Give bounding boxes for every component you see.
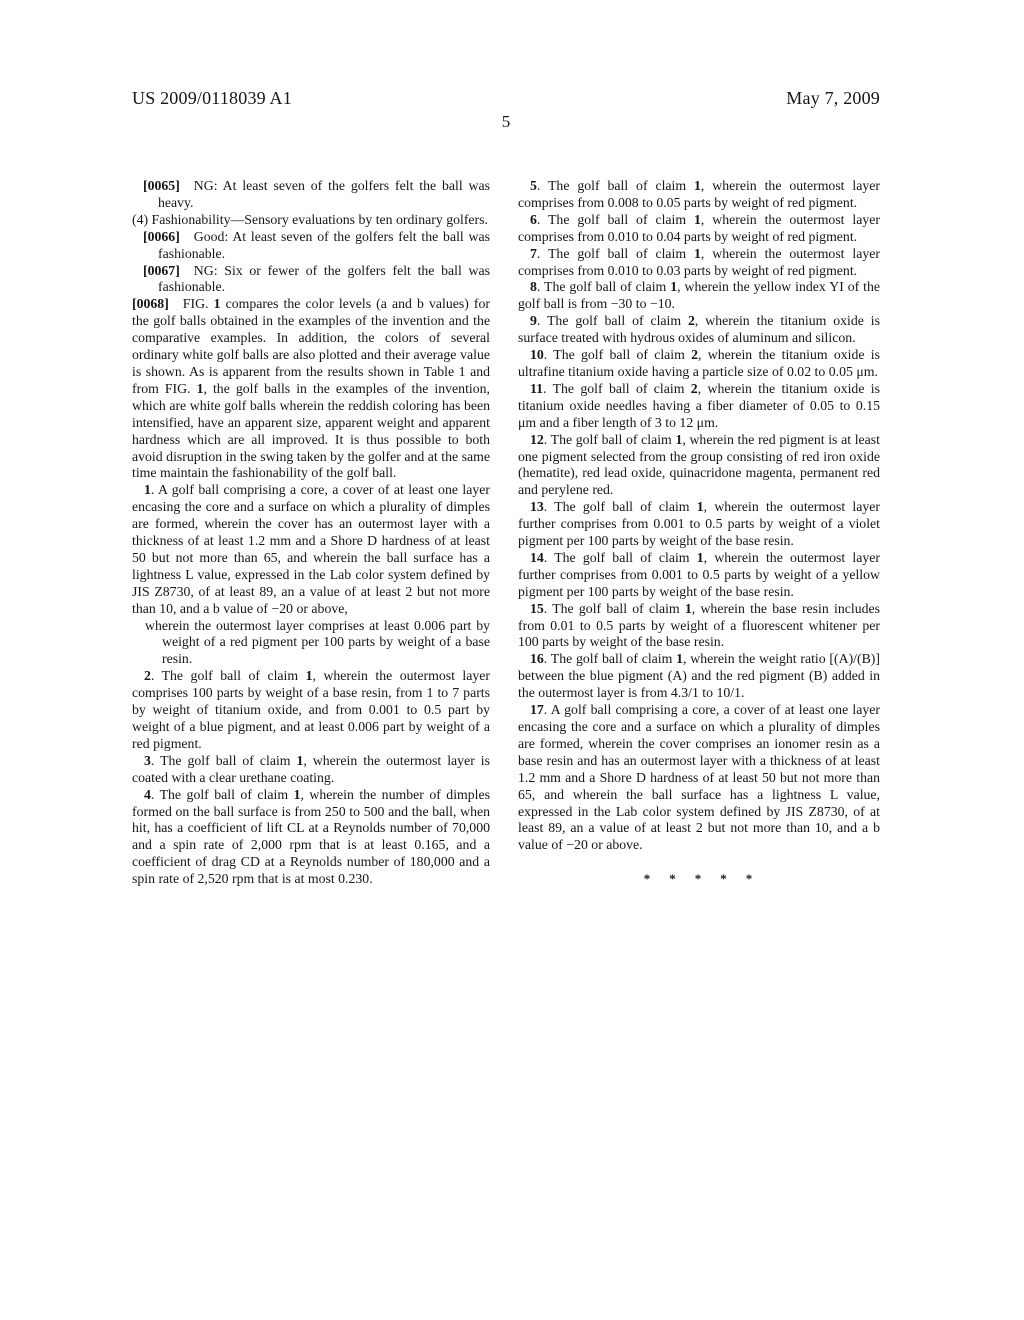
bold-text: 1: [676, 651, 683, 666]
publication-date: May 7, 2009: [786, 88, 880, 109]
bold-text: 1: [144, 482, 151, 497]
bold-text: 17: [530, 702, 544, 717]
para-0065: [0065]NG: At least seven of the golfers …: [158, 178, 490, 212]
claim-9: 9. The golf ball of claim 2, wherein the…: [518, 313, 880, 347]
para-0066: [0066]Good: At least seven of the golfer…: [158, 229, 490, 263]
text-run: * * * * *: [644, 871, 755, 886]
text-run: . The golf ball of claim: [544, 651, 676, 666]
text-run: . The golf ball of claim: [537, 279, 670, 294]
end-asterisks: * * * * *: [518, 871, 880, 888]
bold-text: 1: [685, 601, 692, 616]
text-run: NG: At least seven of the golfers felt t…: [158, 178, 490, 210]
claim-2: 2. The golf ball of claim 1, wherein the…: [132, 668, 490, 753]
bold-text: 1: [694, 178, 701, 193]
text-run: . The golf ball of claim: [151, 753, 297, 768]
bold-text: 3: [144, 753, 151, 768]
page-number: 5: [132, 112, 880, 132]
paragraph-number: [0066]: [143, 229, 180, 244]
bold-text: 7: [530, 246, 537, 261]
bold-text: 6: [530, 212, 537, 227]
bold-text: 15: [530, 601, 544, 616]
bold-text: 2: [691, 381, 698, 396]
bold-text: 10: [530, 347, 544, 362]
claim-3: 3. The golf ball of claim 1, wherein the…: [132, 753, 490, 787]
bold-text: 1: [694, 212, 701, 227]
claim-14: 14. The golf ball of claim 1, wherein th…: [518, 550, 880, 601]
bold-text: 13: [530, 499, 544, 514]
claim-5: 5. The golf ball of claim 1, wherein the…: [518, 178, 880, 212]
text-run: . The golf ball of claim: [544, 432, 676, 447]
text-run: . The golf ball of claim: [543, 381, 691, 396]
bold-text: 14: [530, 550, 544, 565]
text-run: . The golf ball of claim: [544, 499, 697, 514]
claim-13: 13. The golf ball of claim 1, wherein th…: [518, 499, 880, 550]
bold-text: 2: [144, 668, 151, 683]
claim-15: 15. The golf ball of claim 1, wherein th…: [518, 601, 880, 652]
claim-11: 11. The golf ball of claim 2, wherein th…: [518, 381, 880, 432]
para-0067: [0067]NG: Six or fewer of the golfers fe…: [158, 263, 490, 297]
bold-text: 2: [688, 313, 695, 328]
text-run: . The golf ball of claim: [151, 787, 294, 802]
bold-text: 1: [694, 246, 701, 261]
para-4-fashionability: (4) Fashionability—Sensory evaluations b…: [132, 212, 490, 229]
text-run: . The golf ball of claim: [544, 550, 697, 565]
bold-text: 16: [530, 651, 544, 666]
paragraph-number: [0065]: [143, 178, 180, 193]
bold-text: 1: [697, 499, 704, 514]
text-run: . The golf ball of claim: [544, 347, 691, 362]
claim-8: 8. The golf ball of claim 1, wherein the…: [518, 279, 880, 313]
claim-4: 4. The golf ball of claim 1, wherein the…: [132, 787, 490, 888]
bold-text: 4: [144, 787, 151, 802]
claim-1: 1. A golf ball comprising a core, a cove…: [132, 482, 490, 617]
text-run: . The golf ball of claim: [537, 212, 694, 227]
text-run: . The golf ball of claim: [537, 313, 688, 328]
left-column: [0065]NG: At least seven of the golfers …: [132, 178, 490, 888]
text-run: . The golf ball of claim: [544, 601, 685, 616]
paragraph-number: [0067]: [143, 263, 180, 278]
text-run: Good: At least seven of the golfers felt…: [158, 229, 490, 261]
paragraph-number: [0068]: [132, 296, 169, 311]
right-column: 5. The golf ball of claim 1, wherein the…: [518, 178, 880, 888]
text-run: NG: Six or fewer of the golfers felt the…: [158, 263, 490, 295]
text-run: . The golf ball of claim: [537, 246, 694, 261]
claim-12: 12. The golf ball of claim 1, wherein th…: [518, 432, 880, 500]
claim-1-wherein: wherein the outermost layer comprises at…: [162, 618, 490, 669]
claim-16: 16. The golf ball of claim 1, wherein th…: [518, 651, 880, 702]
text-run: FIG.: [183, 296, 214, 311]
text-run: . The golf ball of claim: [537, 178, 694, 193]
bold-text: 12: [530, 432, 544, 447]
text-run: wherein the outermost layer comprises at…: [145, 618, 490, 667]
bold-text: 8: [530, 279, 537, 294]
text-run: (4) Fashionability—Sensory evaluations b…: [132, 212, 488, 227]
bold-text: 5: [530, 178, 537, 193]
claim-17: 17. A golf ball comprising a core, a cov…: [518, 702, 880, 854]
patent-publication-number: US 2009/0118039 A1: [132, 88, 292, 109]
text-run: . The golf ball of claim: [151, 668, 306, 683]
patent-page: US 2009/0118039 A1 May 7, 2009 5 [0065]N…: [0, 0, 1024, 1320]
bold-text: 11: [530, 381, 543, 396]
text-run: . A golf ball comprising a core, a cover…: [518, 702, 880, 852]
claim-10: 10. The golf ball of claim 2, wherein th…: [518, 347, 880, 381]
bold-text: 1: [306, 668, 313, 683]
bold-text: 2: [691, 347, 698, 362]
para-0068: [0068]FIG. 1 compares the color levels (…: [132, 296, 490, 482]
text-run: . A golf ball comprising a core, a cover…: [132, 482, 490, 615]
claim-7: 7. The golf ball of claim 1, wherein the…: [518, 246, 880, 280]
claim-6: 6. The golf ball of claim 1, wherein the…: [518, 212, 880, 246]
bold-text: 1: [697, 550, 704, 565]
bold-text: 9: [530, 313, 537, 328]
